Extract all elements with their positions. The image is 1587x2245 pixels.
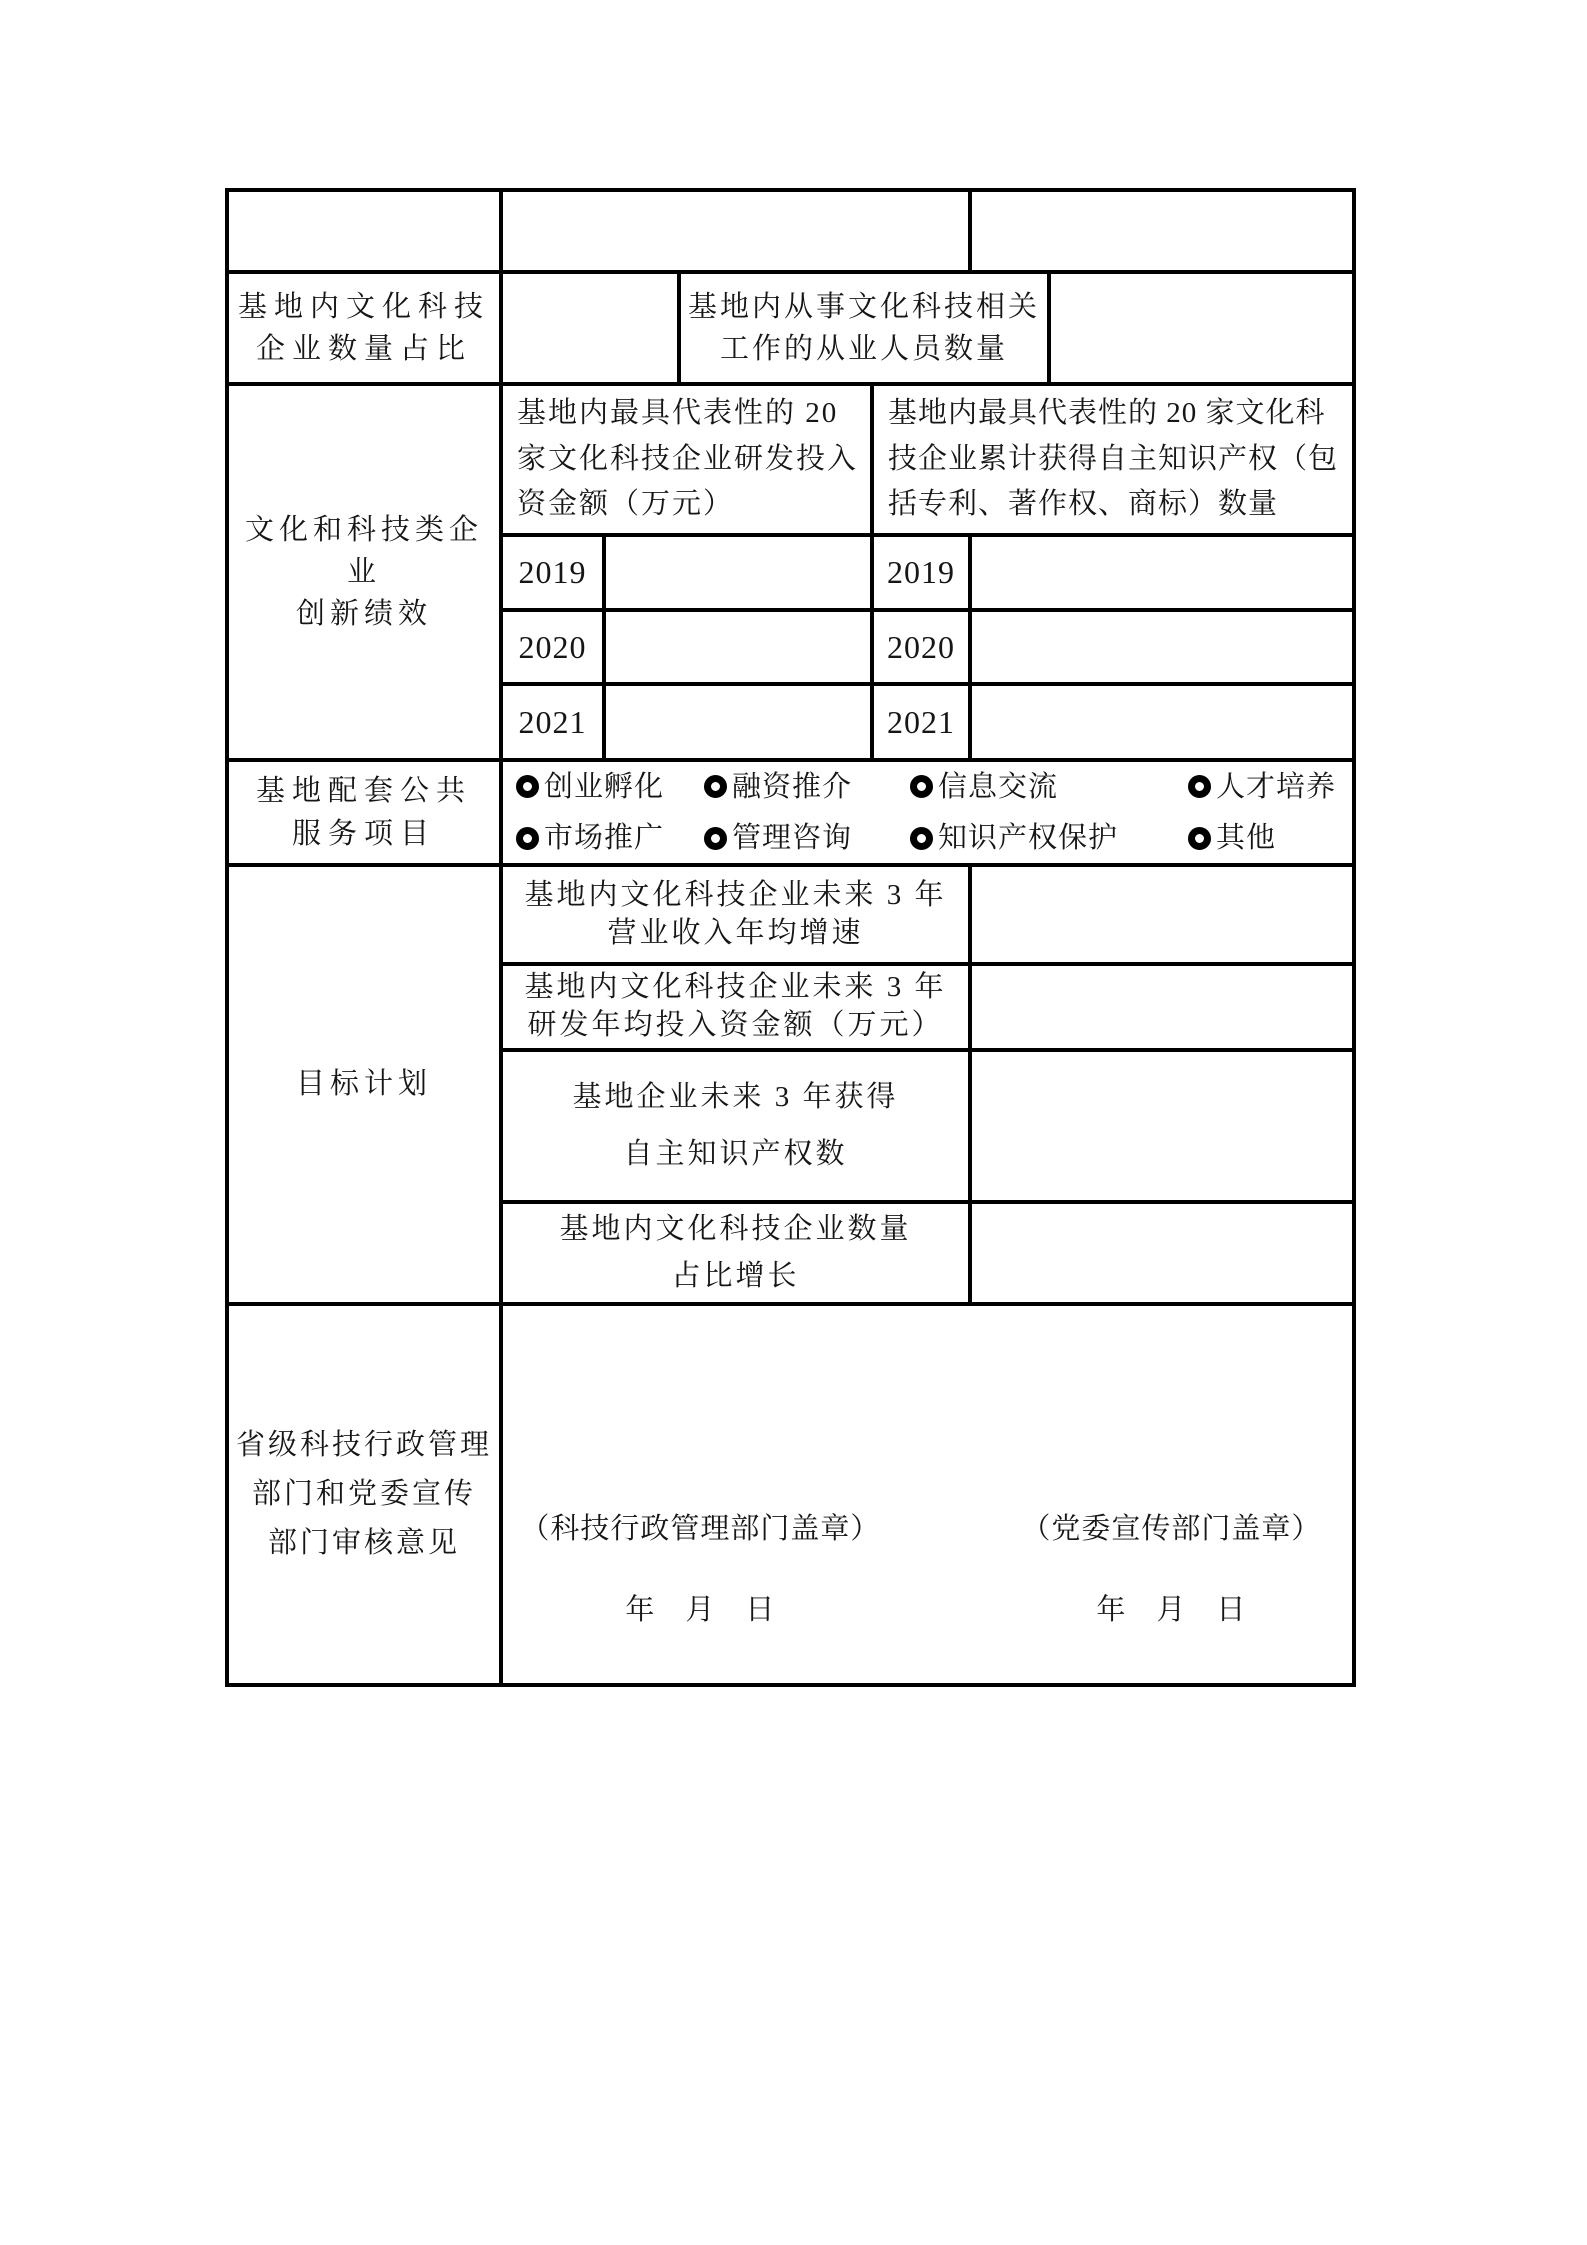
service-option-label: 其他 — [1216, 817, 1276, 859]
science-dept-stamp-block: （科技行政管理部门盖章） 年 月 日 — [507, 1468, 894, 1671]
service-option-consulting[interactable]: 管理咨询 — [704, 817, 910, 859]
service-option-marketing[interactable]: 市场推广 — [516, 817, 704, 859]
rd-investment-header: 基地内最具代表性的 20 家文化科技企业研发投入 资金额（万元） — [503, 386, 870, 533]
rd-investment-2020-cell[interactable] — [606, 612, 870, 682]
service-option-label: 人才培养 — [1216, 766, 1336, 808]
continuation-value-cell-left[interactable] — [503, 192, 968, 270]
target-ratio-growth-value-cell[interactable] — [972, 1204, 1352, 1302]
target-revenue-growth-label: 基地内文化科技企业未来 3 年 营业收入年均增速 — [503, 867, 968, 962]
service-option-label: 信息交流 — [938, 766, 1058, 808]
target-ip-count-value-cell[interactable] — [972, 1052, 1352, 1200]
review-opinion-cell[interactable]: （科技行政管理部门盖章） 年 月 日 （党委宣传部门盖章） 年 月 日 — [503, 1306, 1352, 1683]
innovation-section-label: 文化和科技类企业 创新绩效 — [229, 386, 499, 758]
science-dept-date-line: 年 月 日 — [507, 1590, 894, 1631]
services-options-cell: 创业孵化 融资推介 信息交流 人才培养 市场推广 管理咨询 知识产权保护 其他 — [503, 762, 1352, 863]
target-revenue-growth-value-cell[interactable] — [972, 867, 1352, 962]
rd-year-2021-label: 2021 — [503, 686, 602, 758]
review-section-label: 省级科技行政管理 部门和党委宣传 部门审核意见 — [229, 1306, 499, 1683]
radio-bullet-icon — [1188, 775, 1211, 798]
ip-count-2020-cell[interactable] — [972, 612, 1352, 682]
radio-bullet-icon — [704, 775, 727, 798]
target-rd-investment-value-cell[interactable] — [972, 966, 1352, 1048]
service-option-label: 知识产权保护 — [938, 817, 1118, 859]
employee-count-label: 基地内从事文化科技相关 工作的从业人员数量 — [681, 274, 1047, 382]
services-options-line-2: 市场推广 管理咨询 知识产权保护 其他 — [516, 817, 1352, 859]
rd-investment-2021-cell[interactable] — [606, 686, 870, 758]
service-option-label: 管理咨询 — [732, 817, 852, 859]
ip-year-2019-label: 2019 — [874, 537, 968, 608]
service-option-label: 融资推介 — [732, 766, 852, 808]
services-options-line-1: 创业孵化 融资推介 信息交流 人才培养 — [516, 766, 1352, 808]
service-option-financing[interactable]: 融资推介 — [704, 766, 910, 808]
ip-count-2021-cell[interactable] — [972, 686, 1352, 758]
company-ratio-value-cell[interactable] — [503, 274, 677, 382]
party-dept-date-line: 年 月 日 — [995, 1590, 1348, 1631]
party-dept-stamp-label: （党委宣传部门盖章） — [995, 1509, 1348, 1550]
service-option-label: 创业孵化 — [544, 766, 664, 808]
rd-investment-2019-cell[interactable] — [606, 537, 870, 608]
service-option-information[interactable]: 信息交流 — [910, 766, 1188, 808]
target-rd-investment-label: 基地内文化科技企业未来 3 年 研发年均投入资金额（万元） — [503, 966, 968, 1048]
rd-year-2020-label: 2020 — [503, 612, 602, 682]
employee-count-value-cell[interactable] — [1051, 274, 1352, 382]
radio-bullet-icon — [1188, 827, 1211, 850]
radio-bullet-icon — [704, 827, 727, 850]
company-ratio-label: 基地内文化科技 企业数量占比 — [229, 274, 499, 382]
service-option-ip-protection[interactable]: 知识产权保护 — [910, 817, 1188, 859]
rd-year-2019-label: 2019 — [503, 537, 602, 608]
radio-bullet-icon — [910, 775, 933, 798]
ip-count-2019-cell[interactable] — [972, 537, 1352, 608]
ip-count-header: 基地内最具代表性的 20 家文化科 技企业累计获得自主知识产权（包 括专利、著作… — [874, 386, 1352, 533]
service-option-talent[interactable]: 人才培养 — [1188, 766, 1352, 808]
science-dept-stamp-label: （科技行政管理部门盖章） — [507, 1509, 894, 1550]
service-option-other[interactable]: 其他 — [1188, 817, 1352, 859]
service-option-label: 市场推广 — [544, 817, 664, 859]
party-dept-stamp-block: （党委宣传部门盖章） 年 月 日 — [995, 1468, 1348, 1671]
target-ratio-growth-label: 基地内文化科技企业数量 占比增长 — [503, 1204, 968, 1302]
radio-bullet-icon — [910, 827, 933, 850]
ip-year-2021-label: 2021 — [874, 686, 968, 758]
targets-section-label: 目标计划 — [229, 867, 499, 1302]
services-section-label: 基地配套公共 服务项目 — [229, 762, 499, 863]
ip-year-2020-label: 2020 — [874, 612, 968, 682]
continuation-label-cell — [229, 192, 499, 270]
service-option-incubation[interactable]: 创业孵化 — [516, 766, 704, 808]
radio-bullet-icon — [516, 775, 539, 798]
application-form-table: 基地内文化科技 企业数量占比 基地内从事文化科技相关 工作的从业人员数量 文化和… — [225, 188, 1356, 1687]
continuation-value-cell-right[interactable] — [972, 192, 1352, 270]
target-ip-count-label: 基地企业未来 3 年获得 自主知识产权数 — [503, 1052, 968, 1200]
radio-bullet-icon — [516, 827, 539, 850]
